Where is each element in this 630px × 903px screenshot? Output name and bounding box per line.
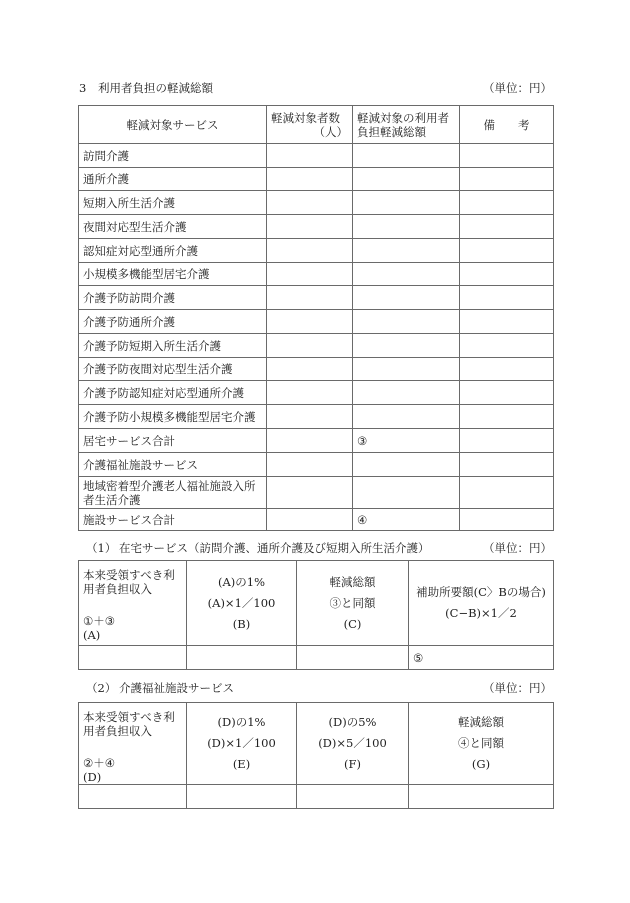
expected-income-formula: ②＋④: [83, 756, 182, 770]
section3-number: 3: [78, 80, 98, 96]
service-cell: 介護予防小規模多機能型居宅介護: [79, 405, 267, 429]
value-cell: [187, 785, 297, 809]
value-cell: [187, 646, 297, 670]
amount-cell: [353, 453, 460, 477]
count-cell: [267, 358, 353, 381]
header-reduction-total: 軽減総額 ③と同額 (C): [297, 561, 409, 646]
remarks-cell: [460, 429, 554, 453]
header-line: (B): [233, 614, 250, 635]
service-cell: 介護福祉施設サービス: [79, 453, 267, 477]
amount-cell: [353, 334, 460, 358]
amount-cell-marker-4: ④: [353, 509, 460, 531]
table-row: 小規模多機能型居宅介護: [79, 263, 554, 286]
service-cell: 通所介護: [79, 168, 267, 191]
count-cell: [267, 168, 353, 191]
header-line: (D)×1／100: [207, 733, 276, 754]
subsection2-title: 介護福祉施設サービス: [119, 680, 234, 696]
service-cell: 夜間対応型生活介護: [79, 215, 267, 239]
header-one-percent: (D)の1% (D)×1／100 (E): [187, 703, 297, 785]
header-line: (C−B)×1／2: [445, 603, 517, 624]
value-cell: [297, 785, 409, 809]
remarks-cell: [460, 405, 554, 429]
table-row: 介護福祉施設サービス: [79, 453, 554, 477]
header-line: (A)×1／100: [208, 593, 276, 614]
amount-cell: [353, 286, 460, 310]
count-cell: [267, 477, 353, 509]
table-row: 認知症対応型通所介護: [79, 239, 554, 263]
header-line: (D)の1%: [218, 712, 266, 733]
header-five-percent: (D)の5% (D)×5／100 (F): [297, 703, 409, 785]
value-cell: [79, 646, 187, 670]
table-row-facility-services-total: 施設サービス合計 ④: [79, 509, 554, 531]
remarks-cell: [460, 286, 554, 310]
count-cell: [267, 453, 353, 477]
table-header-row: 軽減対象サービス 軽減対象者数 （人） 軽減対象の利用者負担軽減総額 備 考: [79, 106, 554, 144]
service-cell: 訪問介護: [79, 144, 267, 168]
header-service: 軽減対象サービス: [79, 106, 267, 144]
table-row: 地域密着型介護老人福祉施設入所者生活介護: [79, 477, 554, 509]
service-cell: 介護予防通所介護: [79, 310, 267, 334]
value-cell-marker-5: ⑤: [409, 646, 554, 670]
amount-cell: [353, 358, 460, 381]
table-row: 介護予防夜間対応型生活介護: [79, 358, 554, 381]
table-header-row: 本来受領すべき利用者負担収入 ①＋③ (A) (A)の1% (A)×1／100 …: [79, 561, 554, 646]
count-cell: [267, 509, 353, 531]
value-cell: [297, 646, 409, 670]
remarks-cell: [460, 453, 554, 477]
header-one-percent: (A)の1% (A)×1／100 (B): [187, 561, 297, 646]
header-amount-label: 軽減対象の利用者負担軽減総額: [357, 111, 449, 139]
count-cell: [267, 215, 353, 239]
reduction-total-table: 軽減対象サービス 軽減対象者数 （人） 軽減対象の利用者負担軽減総額 備 考 訪…: [78, 105, 554, 531]
header-line: ④と同額: [458, 733, 504, 754]
header-line: (F): [344, 754, 361, 775]
table-row: 訪問介護: [79, 144, 554, 168]
value-cell: [79, 785, 187, 809]
section3-title: 利用者負担の軽減総額: [98, 80, 213, 96]
amount-cell: [353, 215, 460, 239]
table-row: 短期入所生活介護: [79, 191, 554, 215]
remarks-cell: [460, 215, 554, 239]
count-cell: [267, 263, 353, 286]
remarks-cell: [460, 334, 554, 358]
header-line: (G): [472, 754, 490, 775]
service-cell: 地域密着型介護老人福祉施設入所者生活介護: [79, 477, 267, 509]
table-row: 通所介護: [79, 168, 554, 191]
count-cell: [267, 405, 353, 429]
header-count-label: 軽減対象者数: [271, 111, 348, 125]
table-row: 介護予防訪問介護: [79, 286, 554, 310]
service-cell: 介護予防訪問介護: [79, 286, 267, 310]
amount-cell-marker-3: ③: [353, 429, 460, 453]
section3-unit: （単位：円）: [483, 80, 552, 96]
header-line: (D)の5%: [329, 712, 377, 733]
service-cell: 居宅サービス合計: [79, 429, 267, 453]
amount-cell: [353, 239, 460, 263]
expected-income-label: 本来受領すべき利用者負担収入: [83, 568, 175, 596]
service-cell: 短期入所生活介護: [79, 191, 267, 215]
amount-cell: [353, 405, 460, 429]
count-cell: [267, 381, 353, 405]
amount-cell: [353, 263, 460, 286]
remarks-cell: [460, 263, 554, 286]
count-cell: [267, 310, 353, 334]
remarks-cell: [460, 191, 554, 215]
service-cell: 介護予防認知症対応型通所介護: [79, 381, 267, 405]
amount-cell: [353, 168, 460, 191]
facility-services-table: 本来受領すべき利用者負担収入 ②＋④ (D) (D)の1% (D)×1／100 …: [78, 702, 554, 809]
header-line: 補助所要額(C〉Bの場合): [416, 582, 546, 603]
expected-income-symbol: (A): [83, 628, 182, 642]
table-row: 介護予防通所介護: [79, 310, 554, 334]
header-line: (A)の1%: [218, 572, 265, 593]
amount-cell: [353, 191, 460, 215]
remarks-cell: [460, 168, 554, 191]
remarks-cell: [460, 509, 554, 531]
count-cell: [267, 239, 353, 263]
count-cell: [267, 191, 353, 215]
header-line: 軽減総額: [458, 712, 504, 733]
table-row: [79, 785, 554, 809]
remarks-cell: [460, 381, 554, 405]
subsection2-heading: （2） 介護福祉施設サービス （単位：円）: [78, 680, 552, 696]
subsection2-unit: （単位：円）: [483, 680, 552, 696]
header-line: (C): [344, 614, 362, 635]
subsection1-unit: （単位：円）: [483, 540, 552, 556]
remarks-cell: [460, 477, 554, 509]
service-cell: 認知症対応型通所介護: [79, 239, 267, 263]
amount-cell: [353, 310, 460, 334]
count-cell: [267, 286, 353, 310]
header-expected-income: 本来受領すべき利用者負担収入 ②＋④ (D): [79, 703, 187, 785]
service-cell: 介護予防短期入所生活介護: [79, 334, 267, 358]
remarks-cell: [460, 144, 554, 168]
header-amount: 軽減対象の利用者負担軽減総額: [353, 106, 460, 144]
expected-income-formula: ①＋③: [83, 614, 182, 628]
subsection2-number: （2）: [78, 680, 119, 696]
table-row: 介護予防短期入所生活介護: [79, 334, 554, 358]
service-cell: 施設サービス合計: [79, 509, 267, 531]
header-remarks: 備 考: [460, 106, 554, 144]
subsection1-heading: （1） 在宅サービス（訪問介護、通所介護及び短期入所生活介護） （単位：円）: [78, 540, 552, 556]
table-row: 夜間対応型生活介護: [79, 215, 554, 239]
section3-heading: 3 利用者負担の軽減総額 （単位：円）: [78, 80, 552, 96]
header-count-unit: （人）: [271, 125, 348, 139]
header-count: 軽減対象者数 （人）: [267, 106, 353, 144]
subsection1-title: 在宅サービス（訪問介護、通所介護及び短期入所生活介護）: [119, 540, 430, 556]
amount-cell: [353, 477, 460, 509]
count-cell: [267, 144, 353, 168]
expected-income-label: 本来受領すべき利用者負担収入: [83, 710, 175, 738]
expected-income-symbol: (D): [83, 770, 182, 784]
subsection1-number: （1）: [78, 540, 119, 556]
count-cell: [267, 429, 353, 453]
service-label: 地域密着型介護老人福祉施設入所者生活介護: [83, 479, 256, 507]
service-cell: 小規模多機能型居宅介護: [79, 263, 267, 286]
service-cell: 介護予防夜間対応型生活介護: [79, 358, 267, 381]
remarks-cell: [460, 310, 554, 334]
header-line: (D)×5／100: [318, 733, 387, 754]
header-reduction-total: 軽減総額 ④と同額 (G): [409, 703, 554, 785]
table-row: ⑤: [79, 646, 554, 670]
table-header-row: 本来受領すべき利用者負担収入 ②＋④ (D) (D)の1% (D)×1／100 …: [79, 703, 554, 785]
amount-cell: [353, 381, 460, 405]
header-expected-income: 本来受領すべき利用者負担収入 ①＋③ (A): [79, 561, 187, 646]
table-row: 介護予防小規模多機能型居宅介護: [79, 405, 554, 429]
table-row-home-services-total: 居宅サービス合計 ③: [79, 429, 554, 453]
remarks-cell: [460, 358, 554, 381]
table-row: 介護予防認知症対応型通所介護: [79, 381, 554, 405]
header-line: ③と同額: [330, 593, 376, 614]
value-cell: [409, 785, 554, 809]
header-line: 軽減総額: [330, 572, 376, 593]
home-services-table: 本来受領すべき利用者負担収入 ①＋③ (A) (A)の1% (A)×1／100 …: [78, 560, 554, 670]
count-cell: [267, 334, 353, 358]
header-subsidy-required: 補助所要額(C〉Bの場合) (C−B)×1／2: [409, 561, 554, 646]
header-line: (E): [233, 754, 250, 775]
amount-cell: [353, 144, 460, 168]
remarks-cell: [460, 239, 554, 263]
